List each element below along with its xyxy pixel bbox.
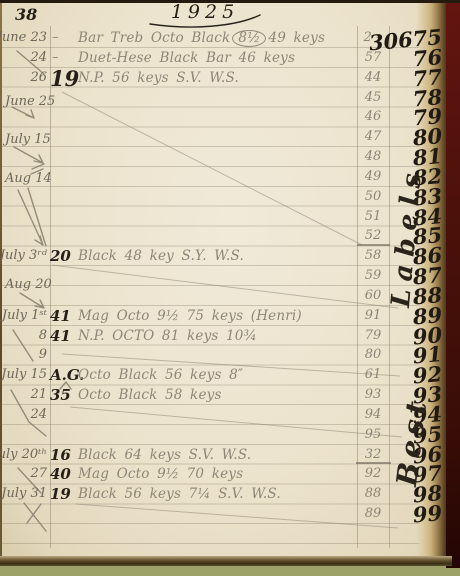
entry-description: Octo Black 56 keys 8″ (78, 365, 243, 385)
ledger-row: 4881 (0, 147, 460, 167)
entry-date: July 31 (1, 484, 47, 504)
ink-code: 19 (50, 484, 71, 504)
date-dash: – (52, 48, 59, 68)
entry-date: June 23 (0, 28, 47, 48)
entry-date: 26 (30, 68, 47, 88)
ledger-row: July 3119Black 56 keys 7¼ S.V. W.S.8898 (0, 484, 460, 504)
entry-description: Black 56 keys 7¼ S.V. W.S. (78, 484, 281, 504)
entry-date: 27 (30, 464, 47, 484)
ink-code: 20 (50, 246, 71, 266)
entry-date: 21 (30, 385, 47, 405)
ledger-row: Aug 144982 (0, 167, 460, 187)
circled-size: 8½ (232, 30, 266, 47)
ledger-row: 5083 (0, 187, 460, 207)
pencil-number: 58 (356, 246, 390, 266)
entry-date: 24 (30, 405, 47, 425)
page-number: 38 (15, 6, 37, 24)
entry-date: 8 (39, 326, 47, 346)
pencil-number: 32 (356, 445, 390, 465)
pencil-number: 51 (356, 207, 390, 227)
ink-code: 35 (50, 385, 71, 405)
entry-date: July 1ˢᵗ (2, 306, 47, 326)
ledger-row: 9595 (0, 425, 460, 445)
pencil-number: 94 (356, 405, 390, 425)
entry-description: Black 48 key S.Y. W.S. (78, 246, 244, 266)
ink-code: 41 (50, 306, 71, 326)
ledger-row: 249494 (0, 405, 460, 425)
ledger-row: July 1ˢᵗ41Mag Octo 9½ 75 keys (Henri)918… (0, 306, 460, 326)
pencil-number: 80 (356, 345, 390, 365)
pencil-number: 46 (356, 107, 390, 127)
serial-number: 99 (412, 502, 443, 526)
pencil-number: 89 (356, 504, 390, 524)
ledger-row: 8999 (0, 504, 460, 524)
entry-description: N.P. 56 keys S.V. W.S. (78, 68, 239, 88)
pencil-number: 45 (356, 88, 390, 108)
entry-description: Duet-Hese Black Bar 46 keys (78, 48, 295, 68)
ink-code: 16 (50, 445, 71, 465)
ledger-row: July 15A.G.Octo Black 56 keys 8″6192 (0, 365, 460, 385)
pencil-number: 79 (356, 326, 390, 346)
entry-description: Mag Octo 9½ 75 keys (Henri) (78, 306, 302, 326)
pencil-number: 93 (356, 385, 390, 405)
ledger-row: 841N.P. OCTO 81 keys 10¾7990 (0, 326, 460, 346)
ink-code: 40 (50, 464, 71, 484)
ledger-row: 2619N.P. 56 keys S.V. W.S.4477 (0, 68, 460, 88)
entry-date: 24 (30, 48, 47, 68)
pencil-number: 59 (356, 266, 390, 286)
ink-code: 19 (50, 68, 79, 89)
ledger-row: July 20ᵗʰ16Black 64 keys S.V. W.S.3296 (0, 445, 460, 465)
ledger-row: June 23–Bar Treb Octo Black8½49 keys2 –3… (0, 28, 460, 48)
entry-description-pre: Bar Treb Octo Black (78, 30, 230, 46)
pencil-number: 92 (356, 464, 390, 484)
entry-description-post: 49 keys (268, 30, 325, 46)
pencil-number: 61 (356, 365, 390, 385)
entry-date: 9 (39, 345, 47, 365)
entry-description: Mag Octo 9½ 70 keys (78, 464, 243, 484)
entry-description: N.P. OCTO 81 keys 10¾ (78, 326, 257, 346)
date-dash: – (52, 28, 59, 48)
pencil-number: 50 (356, 187, 390, 207)
ink-code: 41 (50, 326, 71, 346)
pencil-number: 52 (356, 226, 390, 246)
entry-description: Bar Treb Octo Black8½49 keys (78, 28, 325, 48)
entry-date: July 3ʳᵈ (0, 246, 47, 266)
pencil-number: 44 (356, 68, 390, 88)
ledger-row: 98091 (0, 345, 460, 365)
pencil-number: 91 (356, 306, 390, 326)
entry-date: July 20ᵗʰ (0, 445, 47, 465)
ledger-row: 5184 (0, 207, 460, 227)
pencil-number: 88 (356, 484, 390, 504)
ledger-photo: 38 1925 June 23–Bar Treb Octo Black8½49 … (0, 0, 460, 576)
ledger-row: 4679 (0, 107, 460, 127)
pencil-number: 95 (356, 425, 390, 445)
pencil-number: 48 (356, 147, 390, 167)
ledger-row: June 254578 (0, 88, 460, 108)
ledger-row: 2135Octo Black 58 keys9393 (0, 385, 460, 405)
pencil-number: 49 (356, 167, 390, 187)
entry-description: Black 64 keys S.V. W.S. (78, 445, 251, 465)
ledger-row: July 154780 (0, 127, 460, 147)
year-title: 1925 (142, 1, 268, 23)
entry-date: July 15 (1, 365, 47, 385)
pencil-number: 47 (356, 127, 390, 147)
pencil-number: 60 (356, 286, 390, 306)
entry-description: Octo Black 58 keys (78, 385, 222, 405)
